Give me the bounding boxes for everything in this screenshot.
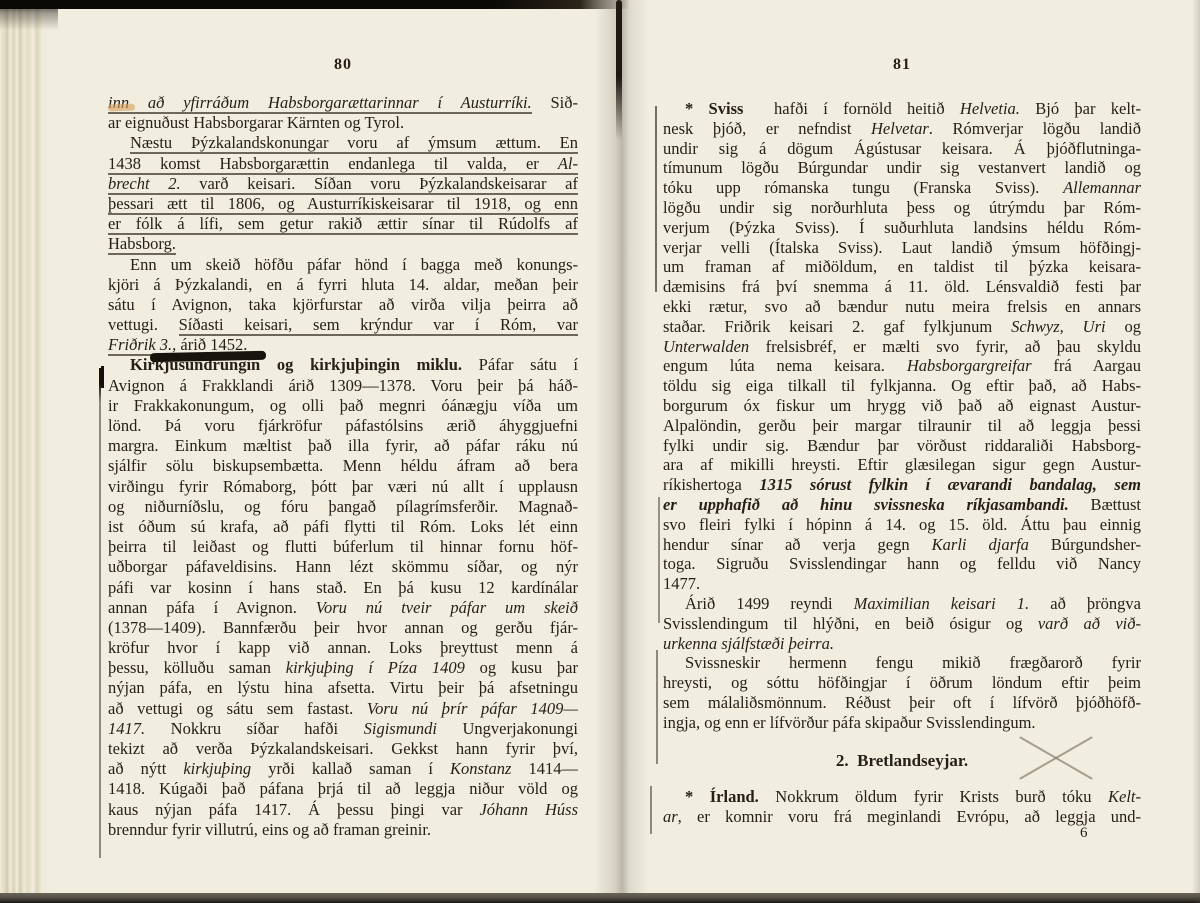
text-segment: 1417. <box>108 719 145 738</box>
text-segment: og niðurníðslu, og fóru þangað pílagríms… <box>108 497 578 516</box>
text-segment: Næstu Þýzkalandskonungar voru af ýmsum æ… <box>130 133 578 154</box>
text-line: borgurum óx fiskur um hrygg við það að e… <box>663 396 1141 416</box>
text-segment: sjálfir sölu biskupsembætta. Menn héldu … <box>108 456 578 475</box>
text-line: svo fleiri fylki í hópinn á 14. og 15. ö… <box>663 515 1141 535</box>
text-line: Avignon á Frakklandi árið 1309—1378. Vor… <box>108 376 578 396</box>
text-segment: brenndur fyrir villutrú, eins og að fram… <box>108 820 431 839</box>
text-line: að vettugi og sátu sem fastast. Voru nú … <box>108 699 578 719</box>
text-line: ar, er komnir voru frá meginlandi Evrópu… <box>663 807 1141 827</box>
text-line: tekizt að verða Þýzkalandskeisari. Gekks… <box>108 739 578 759</box>
text-segment: tekizt að verða Þýzkalandskeisari. Gekks… <box>108 739 578 758</box>
text-segment: varð keisari. Síðan voru Þýzkalandskeisa… <box>181 174 578 195</box>
text-segment: Enn um skeið höfðu páfar hönd í bagga me… <box>130 255 578 274</box>
text-segment: lönd. Þá voru fjárkröfur páfastólsins ær… <box>108 416 578 435</box>
text-line: Habsborg. <box>108 234 578 254</box>
scan-right-edge-shade <box>1192 0 1200 903</box>
text-segment: Svissneskir hermenn fengu mikið frægðaro… <box>685 653 1141 672</box>
text-segment: 1418. Kúgaði það páfana þrjá til að legg… <box>108 779 578 798</box>
text-segment: ar eignuðust Habsborgarar Kärnten og Tyr… <box>108 113 404 132</box>
text-segment: og <box>1106 317 1141 336</box>
text-segment: þeirra til leiðast og flutti búferlum ti… <box>108 537 578 556</box>
text-segment: ekki rætur, svo að bændur nutu meira fre… <box>663 297 1141 316</box>
text-line: 1418. Kúgaði það páfana þrjá til að legg… <box>108 779 578 799</box>
text-segment: páfi var kosinn í hans stað. En þá kusu … <box>108 578 578 597</box>
text-line: lönd. Þá voru fjárkröfur páfastólsins ær… <box>108 416 578 436</box>
text-line: staðar. Friðrik keisari 2. gaf fylkjunum… <box>663 317 1141 337</box>
pencil-margin-line-left-page <box>99 368 101 858</box>
text-line: hreysti, og sóttu höfðingjar í öðrum lön… <box>663 673 1141 693</box>
text-line: ar eignuðust Habsborgarar Kärnten og Tyr… <box>108 113 578 133</box>
text-line: engum lúta nema keisara. Habsborgargreif… <box>663 356 1141 376</box>
text-segment: Síðasti keisari, sem krýndur var í Róm, … <box>179 315 578 336</box>
text-segment: borgurum óx fiskur um hrygg við það að e… <box>663 396 1141 415</box>
text-line: sjálfir sölu biskupsembætta. Menn héldu … <box>108 456 578 476</box>
text-segment: Nokkru síðar hafði <box>145 719 364 738</box>
text-line: ekki rætur, svo að bændur nutu meira fre… <box>663 297 1141 317</box>
text-line: ir Frakkakonungum, og olli það megnri óá… <box>108 396 578 416</box>
pencil-margin-line-right-page-2 <box>658 497 660 623</box>
page-81-text-column-below-heading: * Írland. Nokkrum öldum fyrir Krists bur… <box>663 787 1141 827</box>
text-segment: Maximilian keisari 1. <box>854 594 1030 613</box>
text-line: 1438 komst Habsborgarættin endanlega til… <box>108 154 578 174</box>
scan-bottom-edge <box>0 893 1200 903</box>
text-line: annan páfa í Avignon. Voru nú tveir páfa… <box>108 598 578 618</box>
text-segment: hendur sínar að verja gegn <box>663 535 932 554</box>
text-segment: 1414— <box>511 759 578 778</box>
text-line: inn að yfirráðum Habsborgarættarinnar í … <box>108 93 578 113</box>
text-segment: nesk þjóð, er nefndist <box>663 119 871 138</box>
signature-mark: 6 <box>1080 825 1120 842</box>
text-line: er upphafið að hinu svissneska ríkjasamb… <box>663 495 1141 515</box>
text-segment: (1378—1409). Bannfærðu þeir hvor annan o… <box>108 618 578 637</box>
text-segment: Voru nú þrír páfar 1409— <box>367 699 578 718</box>
text-segment: Sið- <box>532 93 578 112</box>
text-segment: frá Aargau <box>1032 356 1141 375</box>
tan-correction-mark <box>108 104 135 112</box>
text-segment: engum lúta nema keisara. <box>663 356 907 375</box>
text-line: * Sviss hafði í fornöld heitið Helvetia.… <box>663 99 1141 119</box>
text-segment: Ungverjakonungi <box>437 719 578 738</box>
text-segment: Jóhann Húss <box>479 800 578 819</box>
text-segment: Habsborgargreifar <box>907 356 1032 375</box>
text-line: verjar velli (Ítalska Sviss). Laut landi… <box>663 238 1141 258</box>
text-segment: Nokkrum öldum fyrir Krists burð tóku <box>759 787 1108 806</box>
book-gutter-crease <box>616 0 622 140</box>
text-segment: 1315 sórust fylkin í ævarandi bandalag, … <box>759 475 1141 494</box>
text-segment: verjum (Þýzka Sviss). Í suðurhluta lands… <box>663 218 1141 237</box>
text-line: nesk þjóð, er nefndist Helvetar. Rómverj… <box>663 119 1141 139</box>
text-segment: Alpalöndin, gerðu þeir margar tilraunir … <box>663 416 1141 435</box>
text-segment: staðar. Friðrik keisari 2. gaf fylkjunum <box>663 317 1011 336</box>
text-segment: kaus nýjan páfa 1417. Á þessu þingi var <box>108 800 479 819</box>
page-81-text-column: * Sviss hafði í fornöld heitið Helvetia.… <box>663 99 1141 733</box>
text-line: hendur sínar að verja gegn Karli djarfa … <box>663 535 1141 555</box>
text-line: toga. Sigruðu Svisslendingar hann og fel… <box>663 554 1141 574</box>
text-segment: uðborgar páfaveldisins. Hann lézt skömmu… <box>108 557 578 576</box>
text-segment: Bættust <box>1069 495 1141 514</box>
text-segment: kröfur hvor í kapp við annan. Loks þreyt… <box>108 638 578 657</box>
text-segment: ingja, og enn er lífvörður páfa skipaður… <box>663 713 1036 732</box>
text-segment: * Írland. <box>685 787 759 806</box>
text-segment: virðingu fyrir Rómaborg, þótt þar væri n… <box>108 477 578 496</box>
text-line: Svissneskir hermenn fengu mikið frægðaro… <box>663 653 1141 673</box>
text-line: um framan af miðöldum, en taldist til þý… <box>663 257 1141 277</box>
text-segment: Habsborg. <box>108 234 176 255</box>
text-line: undir sig á dögum Ágústusar keisara. Á þ… <box>663 139 1141 159</box>
text-segment: 1477. <box>663 574 700 593</box>
text-segment: töldu sig eiga tilkall til fylkjanna. Og… <box>663 376 1141 395</box>
text-line: virðingu fyrir Rómaborg, þótt þar væri n… <box>108 477 578 497</box>
ink-tick-heading-margin <box>101 366 104 388</box>
text-line: kaus nýjan páfa 1417. Á þessu þingi var … <box>108 800 578 820</box>
text-line: ingja, og enn er lífvörður páfa skipaður… <box>663 713 1141 733</box>
text-segment: að þröngva <box>1029 594 1141 613</box>
text-line: að nýtt kirkjuþing yrði kallað saman í K… <box>108 759 578 779</box>
text-segment: og kusu þar <box>465 658 578 677</box>
text-line: ist óðum sú krafa, að páfi flytti til Ró… <box>108 517 578 537</box>
text-segment: Búrgundsher- <box>1029 535 1141 554</box>
text-line: Alpalöndin, gerðu þeir margar tilraunir … <box>663 416 1141 436</box>
text-line: kjöri á Þýzkalandi, en á fyrri hluta 14.… <box>108 275 578 295</box>
text-segment: 1438 komst Habsborgarættin endanlega til… <box>108 154 558 175</box>
text-segment: toga. Sigruðu Svisslendingar hann og fel… <box>663 554 1141 573</box>
text-segment: Unterwalden <box>663 337 749 356</box>
text-segment: annan páfa í Avignon. <box>108 598 316 617</box>
text-segment: frelsisbréf, er mælti svo fyrir, að þau … <box>749 337 1141 356</box>
text-segment: ar <box>663 807 678 826</box>
text-segment: Kelt- <box>1108 787 1141 806</box>
text-segment: hreysti, og sóttu höfðingjar í öðrum lön… <box>663 673 1141 692</box>
book-gutter-shadow <box>594 0 650 903</box>
text-segment: Konstanz <box>450 759 511 778</box>
text-segment: Schwyz, Uri <box>1011 317 1106 336</box>
text-line: dæmisins frá því snemma á 11. öld. Lénsv… <box>663 277 1141 297</box>
text-line: þessu, kölluðu saman kirkjuþing í Píza 1… <box>108 658 578 678</box>
text-line: töldu sig eiga tilkall til fylkjanna. Og… <box>663 376 1141 396</box>
text-line: fylki undir sig. Bændur þar vörðust ridd… <box>663 436 1141 456</box>
text-segment: er upphafið að hinu svissneska ríkjasamb… <box>663 495 1069 514</box>
text-segment: urkenna sjálfstæði þeirra. <box>663 634 834 653</box>
text-segment: fylki undir sig. Bændur þar vörðust ridd… <box>663 436 1141 455</box>
text-segment: ir Frakkakonungum, og olli það megnri óá… <box>108 396 578 415</box>
text-segment: svo fleiri fylki í hópinn á 14. og 15. ö… <box>663 515 1141 534</box>
text-segment: Helvetar <box>871 119 929 138</box>
text-line: tímunum lögðu Búrgundar undir sig vestan… <box>663 158 1141 178</box>
text-segment: dæmisins frá því snemma á 11. öld. Lénsv… <box>663 277 1141 296</box>
text-line: páfi var kosinn í hans stað. En þá kusu … <box>108 578 578 598</box>
text-segment: vettugi. <box>108 315 179 334</box>
text-segment: Al- <box>558 154 578 175</box>
text-line: 1417. Nokkru síðar hafði Sigismundi Ungv… <box>108 719 578 739</box>
text-segment: ríkishertoga <box>663 475 759 494</box>
text-line: Unterwalden frelsisbréf, er mælti svo fy… <box>663 337 1141 357</box>
text-line: vettugi. Síðasti keisari, sem krýndur va… <box>108 315 578 335</box>
text-segment: að vettugi og sátu sem fastast. <box>108 699 367 718</box>
text-line: og niðurníðslu, og fóru þangað pílagríms… <box>108 497 578 517</box>
text-line: ríkishertoga 1315 sórust fylkin í ævaran… <box>663 475 1141 495</box>
text-segment: tímunum lögðu Búrgundar undir sig vestan… <box>663 158 1141 177</box>
text-segment: er fólk á lífi, sem getur rakið ættir sí… <box>108 214 578 235</box>
text-segment: Svisslendingum til hlýðni, en beið ósigu… <box>663 614 1038 633</box>
text-segment: verjar velli (Ítalska Sviss). Laut landi… <box>663 238 1141 257</box>
text-line: tóku upp rómanska tungu (Franska Sviss).… <box>663 178 1141 198</box>
text-segment: Helvetia. <box>960 99 1020 118</box>
pencil-margin-line-right-page-1 <box>655 106 657 292</box>
text-line: brenndur fyrir villutrú, eins og að fram… <box>108 820 578 840</box>
text-segment: Karli djarfa <box>932 535 1029 554</box>
page-number-left: 80 <box>108 56 578 74</box>
text-line: kröfur hvor í kapp við annan. Loks þreyt… <box>108 638 578 658</box>
text-line: urkenna sjálfstæði þeirra. <box>663 634 1141 654</box>
text-line: sem málaliðsmönnum. Réðust þeir oft í lí… <box>663 693 1141 713</box>
text-segment: . Rómverjar lögðu landið <box>929 119 1141 138</box>
text-segment: * Sviss <box>685 99 743 118</box>
text-line: * Írland. Nokkrum öldum fyrir Krists bur… <box>663 787 1141 807</box>
text-segment: varð að við- <box>1038 614 1141 633</box>
text-segment: , er komnir voru frá meginlandi Evrópu, … <box>678 807 1141 826</box>
text-segment: kjöri á Þýzkalandi, en á fyrri hluta 14.… <box>108 275 578 294</box>
page-number-right: 81 <box>663 56 1141 74</box>
text-line: 1477. <box>663 574 1141 594</box>
text-line: uðborgar páfaveldisins. Hann lézt skömmu… <box>108 557 578 577</box>
text-line: ara af mikilli hreysti. Eftir glæsilegan… <box>663 455 1141 475</box>
text-line: þeirra til leiðast og flutti búferlum ti… <box>108 537 578 557</box>
text-line: verjum (Þýzka Sviss). Í suðurhluta lands… <box>663 218 1141 238</box>
text-segment: Páfar sátu í <box>462 355 578 374</box>
text-line: Enn um skeið höfðu páfar hönd í bagga me… <box>108 255 578 275</box>
text-segment: um framan af miðöldum, en taldist til þý… <box>663 257 1141 276</box>
book-scan-spread: 80 81 inn að yfirráðum Habsborgarættarin… <box>0 0 1200 903</box>
text-segment: Sigismundi <box>364 719 437 738</box>
text-line: lögðu undir sig norðurhluta þess og útrý… <box>663 198 1141 218</box>
text-line: Svisslendingum til hlýðni, en beið ósigu… <box>663 614 1141 634</box>
text-segment: Bjó þar kelt- <box>1020 99 1141 118</box>
text-segment: Árið 1499 reyndi <box>685 594 854 613</box>
text-line: Árið 1499 reyndi Maximilian keisari 1. a… <box>663 594 1141 614</box>
text-segment: kirkjuþing í Píza 1409 <box>286 658 465 677</box>
text-segment: tóku upp rómanska tungu (Franska Sviss). <box>663 178 1063 197</box>
text-segment: margra. Einkum mæltist það illa fyrir, a… <box>108 436 578 455</box>
text-segment: lögðu undir sig norðurhluta þess og útrý… <box>663 198 1141 217</box>
page-stack-fore-edge <box>0 0 58 903</box>
text-segment: inn að yfirráðum Habsborgarættarinnar í … <box>108 93 532 114</box>
text-line: þessari ætt til 1806, og Austurríkiskeis… <box>108 194 578 214</box>
text-segment: kirkjuþing <box>183 759 251 778</box>
text-line: (1378—1409). Bannfærðu þeir hvor annan o… <box>108 618 578 638</box>
pencil-margin-line-right-page-4 <box>650 786 652 834</box>
text-segment: sátu í Avignon, taka kjörfurstar að virð… <box>108 295 578 314</box>
pencil-margin-line-right-page-3 <box>656 650 658 764</box>
text-segment: nýjan páfa, en lýstu hina afsetta. Virtu… <box>108 678 578 697</box>
text-segment: sem málaliðsmönnum. Réðust þeir oft í lí… <box>663 693 1141 712</box>
text-line: margra. Einkum mæltist það illa fyrir, a… <box>108 436 578 456</box>
text-segment: þessu, kölluðu saman <box>108 658 286 677</box>
scan-top-edge <box>0 0 630 9</box>
page-80-text-column: inn að yfirráðum Habsborgarættarinnar í … <box>108 93 578 840</box>
text-segment: undir sig á dögum Ágústusar keisara. Á þ… <box>663 139 1141 158</box>
text-segment: hafði í fornöld heitið <box>743 99 959 118</box>
text-line: er fólk á lífi, sem getur rakið ættir sí… <box>108 214 578 234</box>
text-segment: Voru nú tveir páfar um skeið <box>316 598 578 617</box>
text-segment: ara af mikilli hreysti. Eftir glæsilegan… <box>663 455 1141 474</box>
text-segment: Allemannar <box>1063 178 1141 197</box>
text-line: Næstu Þýzkalandskonungar voru af ýmsum æ… <box>108 133 578 153</box>
pencil-x-mark <box>1018 732 1094 784</box>
text-segment: ist óðum sú krafa, að páfi flytti til Ró… <box>108 517 578 536</box>
text-segment: þessari ætt til 1806, og Austurríkiskeis… <box>108 194 578 215</box>
text-line: nýjan páfa, en lýstu hina afsetta. Virtu… <box>108 678 578 698</box>
text-segment: að nýtt <box>108 759 183 778</box>
text-segment: brecht 2. <box>108 174 181 195</box>
text-segment: yrði kallað saman í <box>251 759 450 778</box>
text-line: sátu í Avignon, taka kjörfurstar að virð… <box>108 295 578 315</box>
text-line: brecht 2. varð keisari. Síðan voru Þýzka… <box>108 174 578 194</box>
text-segment: Avignon á Frakklandi árið 1309—1378. Vor… <box>108 376 578 395</box>
